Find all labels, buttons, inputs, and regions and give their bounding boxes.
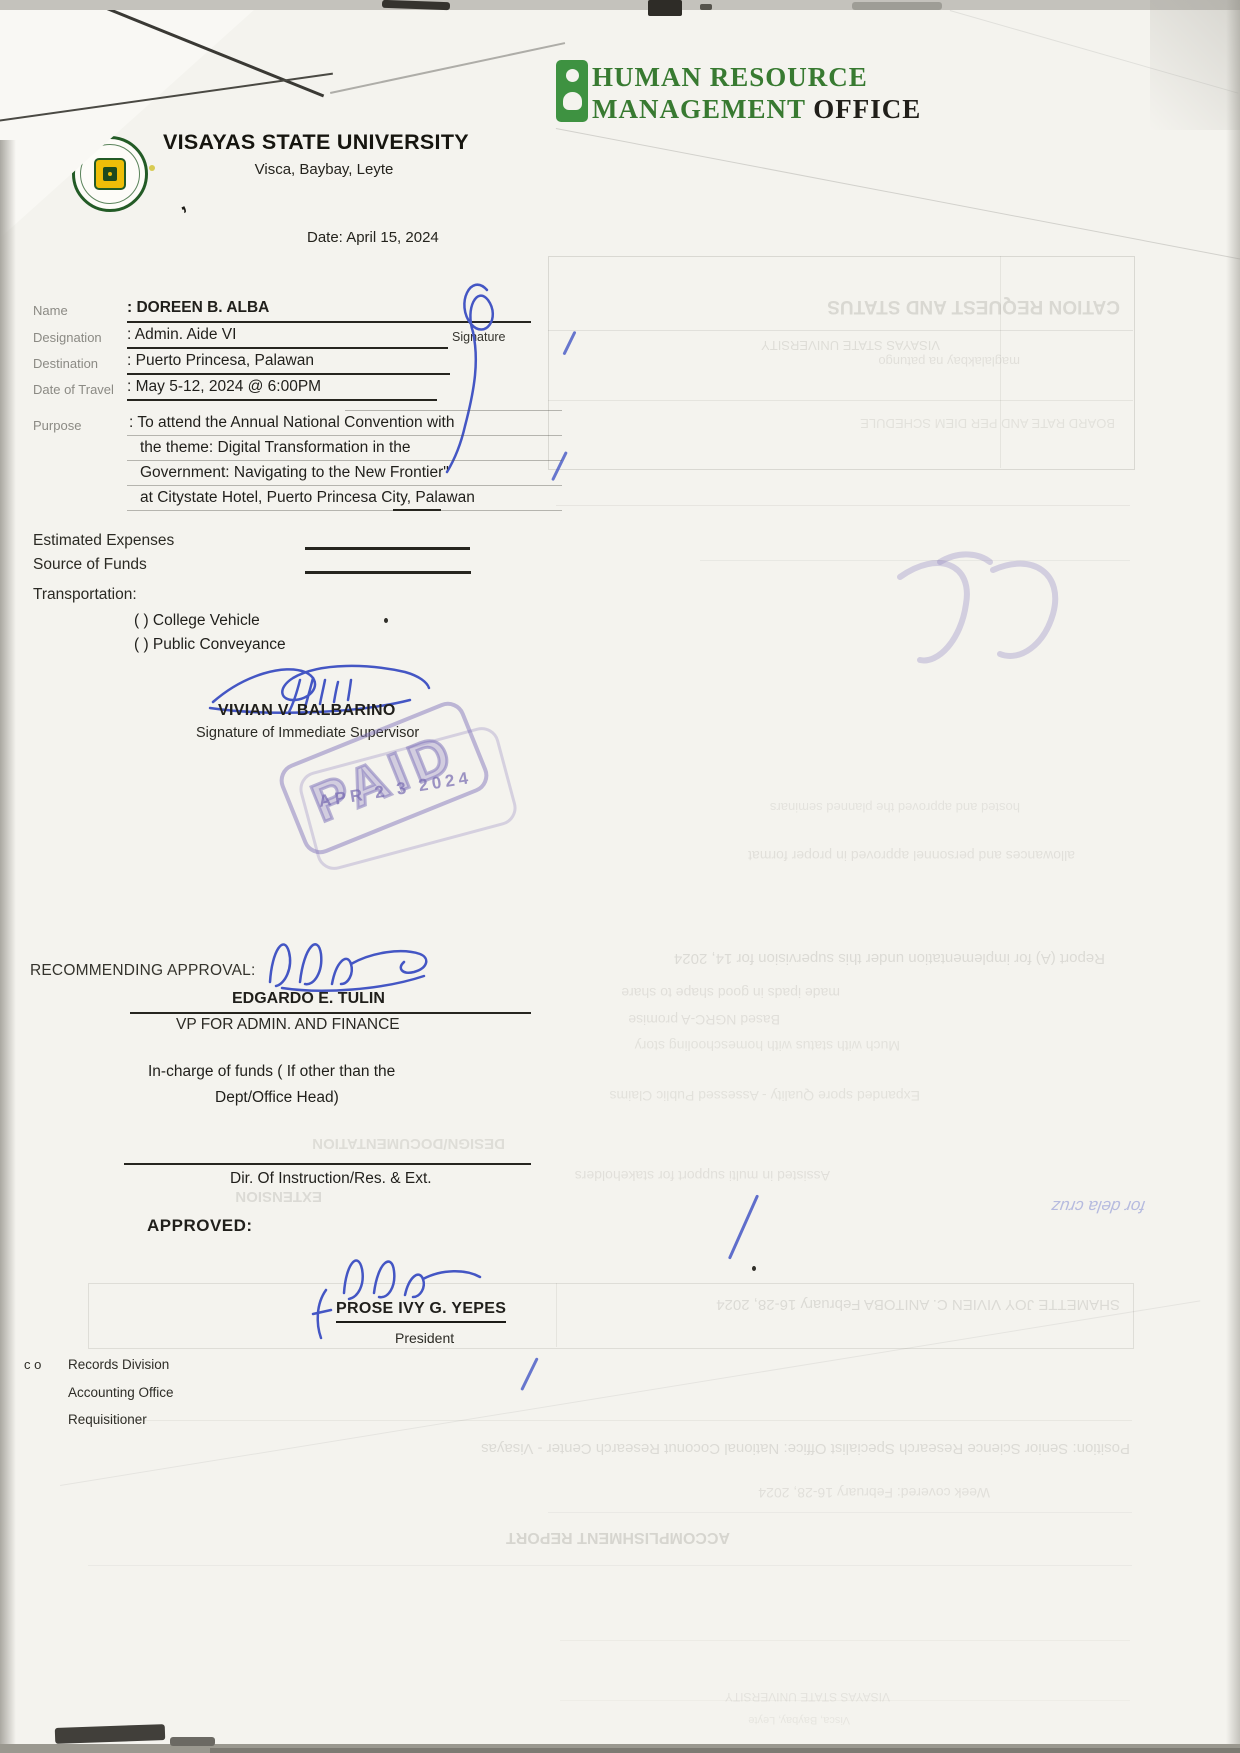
bleed-table-line [548, 1512, 1132, 1513]
fold-line [330, 42, 565, 93]
scan-edge-left [0, 140, 16, 1753]
purpose-rule [127, 510, 562, 511]
scan-artifact [852, 2, 942, 10]
ink-dot [384, 618, 388, 623]
scan-artifact [170, 1737, 215, 1746]
bleed-through-text: Week covered: February 16-28, 2024 [560, 1485, 990, 1501]
director-underline [124, 1163, 531, 1165]
transportation-option-college-vehicle: ( ) College Vehicle [134, 612, 260, 630]
vp-signature [252, 924, 432, 994]
purpose-line: at Citystate Hotel, Puerto Princesa City… [140, 489, 475, 507]
president-signature-flourish [310, 1286, 334, 1341]
cc-item-records-division: Records Division [68, 1357, 169, 1372]
cc-label: c o [24, 1357, 41, 1372]
purpose-rule [127, 435, 562, 436]
bleed-table-line [548, 400, 1133, 401]
transportation-option-public-conveyance: ( ) Public Conveyance [134, 636, 286, 654]
bleed-through-text: hosted and approved the planned seminars [600, 800, 1020, 815]
hrmo-line1: HUMAN RESOURCE [592, 62, 868, 93]
hrmo-line2-green: MANAGEMENT [592, 94, 806, 124]
purpose-rule [127, 485, 562, 486]
date-line: Date: April 15, 2024 [307, 229, 439, 246]
ink-mark: ‚ [173, 190, 190, 216]
scan-artifact [700, 4, 712, 10]
purpose-line: the theme: Digital Transformation in the [140, 439, 411, 457]
estimated-expenses-line [305, 547, 470, 550]
bleed-through-stamp-swirl [878, 542, 1088, 692]
vp-name: EDGARDO E. TULIN [232, 990, 385, 1008]
field-travel-label: Date of Travel [33, 382, 114, 397]
logo-dot [149, 165, 155, 171]
scanned-travel-order-document: CATION REQUEST AND STATUS VISAYAS STATE … [0, 0, 1240, 1753]
director-line: Dir. Of Instruction/Res. & Ext. [230, 1170, 432, 1188]
transportation-label: Transportation: [33, 586, 137, 604]
field-travel-underline [127, 399, 437, 401]
source-of-funds-line [305, 571, 471, 574]
field-destination-label: Destination [33, 356, 98, 371]
vp-underline [130, 1012, 531, 1014]
blue-slash [728, 1194, 759, 1259]
hrmo-line2-black: OFFICE [813, 94, 921, 124]
incharge-line2: Dept/Office Head) [215, 1089, 339, 1107]
bleed-through-text: Expanded spore Quality - Assessed Public… [400, 1088, 920, 1104]
bleed-through-text: Much with status with homeschooling stor… [420, 1038, 900, 1054]
hrmo-stamp: HUMAN RESOURCE MANAGEMENT OFFICE [552, 56, 1112, 136]
recommending-approval-label: RECOMMENDING APPROVAL: [30, 962, 255, 980]
supervisor-name: VIVIAN V. BALBARINO [218, 702, 396, 720]
field-designation-underline [127, 347, 448, 349]
bleed-table-line [700, 560, 1130, 561]
bleed-table-outline [548, 256, 1135, 470]
blue-slash [520, 1357, 538, 1390]
approved-label: APPROVED: [147, 1216, 253, 1236]
bleed-table-line [560, 1700, 1130, 1701]
bleed-through-text: ACCOMPLISHMENT REPORT [385, 1528, 730, 1546]
field-name-value: : DOREEN B. ALBA [127, 299, 269, 317]
bleed-table-line [556, 1283, 557, 1347]
bleed-table-line [1000, 256, 1001, 468]
incharge-line1: In-charge of funds ( If other than the [148, 1063, 395, 1081]
purpose-city-underline [393, 509, 441, 511]
bleed-through-text: made ipads in good shape to share [420, 985, 840, 1001]
president-title: President [395, 1330, 454, 1346]
bleed-table-line [88, 1420, 1132, 1421]
estimated-expenses-label: Estimated Expenses [33, 532, 174, 550]
bleed-table-line [88, 1565, 1132, 1566]
bleed-table-outline [88, 1283, 1134, 1349]
purpose-line: : To attend the Annual National Conventi… [129, 414, 454, 432]
field-travel-value: : May 5-12, 2024 @ 6:00PM [127, 378, 321, 396]
hrmo-logo-icon [556, 60, 588, 122]
purpose-label: Purpose [33, 418, 81, 433]
vp-title: VP FOR ADMIN. AND FINANCE [176, 1016, 400, 1034]
hrmo-line2: MANAGEMENT OFFICE [592, 94, 921, 125]
bleed-through-text: DESIGN/DOCUMENTATION [175, 1135, 505, 1152]
field-destination-value: : Puerto Princesa, Palawan [127, 352, 314, 370]
applicant-signature [425, 276, 515, 476]
field-designation-label: Designation [33, 330, 102, 345]
crease-line [556, 128, 1240, 260]
scan-edge-right [1226, 0, 1240, 1753]
field-destination-underline [127, 373, 450, 375]
bleed-through-handwriting: for dela cruz [994, 1196, 1147, 1216]
university-address: Visca, Baybay, Leyte [163, 161, 485, 178]
bleed-through-text: Visca, Baybay, Leyte [660, 1714, 850, 1726]
university-name: VISAYAS STATE UNIVERSITY [163, 130, 469, 155]
field-name-label: Name [33, 303, 68, 318]
cc-item-accounting-office: Accounting Office [68, 1385, 174, 1400]
president-name: PROSE IVY G. YEPES [336, 1300, 506, 1323]
scan-artifact [55, 1724, 165, 1744]
cc-item-requisitioner: Requisitioner [68, 1412, 147, 1427]
bleed-through-text: VISAYAS STATE UNIVERSITY [620, 1690, 890, 1704]
purpose-rule [127, 460, 562, 461]
bleed-table-line [548, 330, 1133, 331]
scan-artifact [210, 1748, 1240, 1753]
scan-edge-top [0, 0, 1240, 10]
bleed-table-line [556, 505, 1130, 506]
president-signature [330, 1243, 490, 1305]
purpose-line: Government: Navigating to the New Fronti… [140, 464, 449, 482]
source-of-funds-label: Source of Funds [33, 556, 147, 574]
bleed-through-text: Based NGRC-A promise [480, 1012, 780, 1028]
bleed-table-line [560, 1640, 1130, 1641]
scan-artifact [648, 0, 682, 16]
field-designation-value: : Admin. Aide VI [127, 326, 236, 344]
ink-dot [752, 1266, 756, 1271]
bleed-through-text: EXTENSION [172, 1188, 322, 1205]
purpose-rule [345, 410, 562, 411]
